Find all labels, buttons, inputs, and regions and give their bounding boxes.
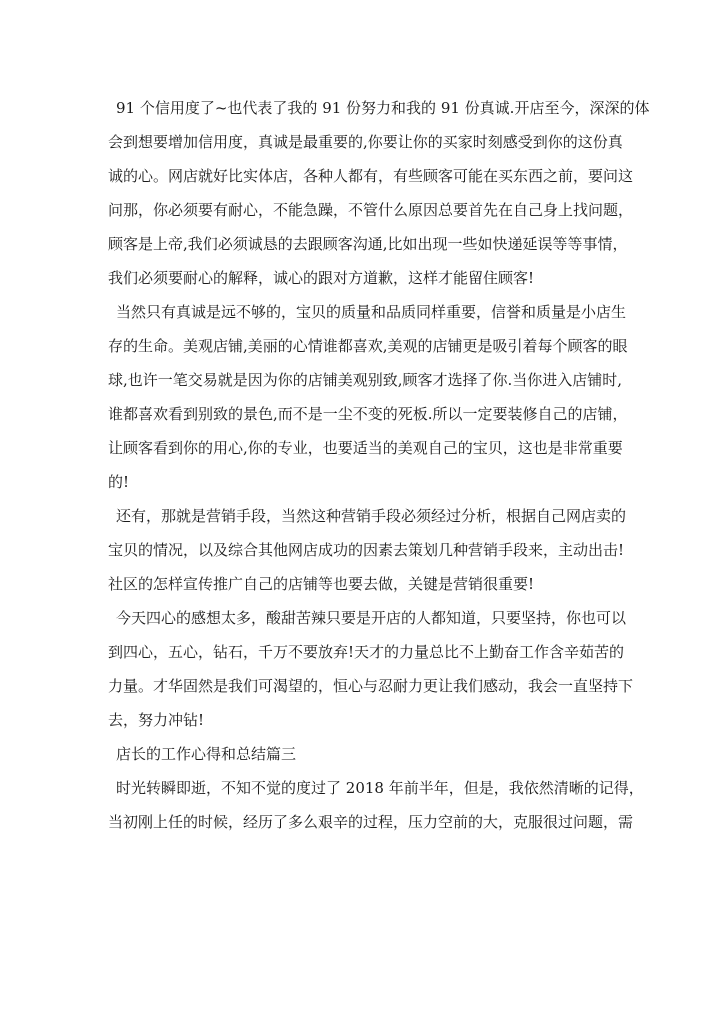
paragraph-4-line-2: 到四心，五心，钻石，千万不要放弃!天才的力量总比不上勤奋工作含辛茹苦的: [108, 641, 614, 675]
paragraph-1-line-3: 诚的心。网店就好比实体店，各种人都有，有些顾客可能在买东西之前，要问这: [108, 165, 614, 199]
paragraph-4-line-3: 力量。才华固然是我们可渴望的，恒心与忍耐力更让我们感动，我会一直坚持下: [108, 675, 614, 709]
paragraph-1-line-5: 顾客是上帝,我们必须诚恳的去跟顾客沟通,比如出现一些如快递延误等等事情，: [108, 233, 614, 267]
paragraph-2-line-1: 当然只有真诚是远不够的，宝贝的质量和品质同样重要，信誉和质量是小店生: [108, 301, 614, 335]
paragraph-1-line-4: 问那，你必须要有耐心，不能急躁，不管什么原因总要首先在自己身上找问题，: [108, 199, 614, 233]
paragraph-6-line-1: 时光转瞬即逝，不知不觉的度过了 2018 年前半年，但是，我依然清晰的记得，: [108, 777, 614, 811]
paragraph-1-line-1: 91 个信用度了~也代表了我的 91 份努力和我的 91 份真诚.开店至今，深深…: [108, 97, 614, 131]
paragraph-3-line-2: 宝贝的情况，以及综合其他网店成功的因素去策划几种营销手段来，主动出击!: [108, 539, 614, 573]
document-page: 91 个信用度了~也代表了我的 91 份努力和我的 91 份真诚.开店至今，深深…: [108, 97, 614, 845]
paragraph-6-line-2: 当初刚上任的时候，经历了多么艰辛的过程，压力空前的大，克服很过问题，需: [108, 811, 614, 845]
paragraph-3-line-3: 社区的怎样宣传推广自己的店铺等也要去做，关键是营销很重要!: [108, 573, 614, 607]
paragraph-1-line-2: 会到想要增加信用度，真诚是最重要的,你要让你的买家时刻感受到你的这份真: [108, 131, 614, 165]
paragraph-2-line-3: 球,也许一笔交易就是因为你的店铺美观别致,顾客才选择了你.当你进入店铺时,: [108, 369, 614, 403]
paragraph-4-line-1: 今天四心的感想太多，酸甜苦辣只要是开店的人都知道，只要坚持，你也可以: [108, 607, 614, 641]
section-heading: 店长的工作心得和总结篇三: [108, 743, 614, 777]
paragraph-2-line-4: 谁都喜欢看到别致的景色,而不是一尘不变的死板.所以一定要装修自己的店铺，: [108, 403, 614, 437]
paragraph-1-line-6: 我们必须要耐心的解释，诚心的跟对方道歉，这样才能留住顾客!: [108, 267, 614, 301]
paragraph-4-line-4: 去，努力冲钻!: [108, 709, 614, 743]
paragraph-2-line-2: 存的生命。美观店铺,美丽的心情谁都喜欢,美观的店铺更是吸引着每个顾客的眼: [108, 335, 614, 369]
paragraph-2-line-5: 让顾客看到你的用心,你的专业，也要适当的美观自己的宝贝，这也是非常重要: [108, 437, 614, 471]
paragraph-3-line-1: 还有，那就是营销手段，当然这种营销手段必须经过分析，根据自己网店卖的: [108, 505, 614, 539]
paragraph-2-line-6: 的!: [108, 471, 614, 505]
